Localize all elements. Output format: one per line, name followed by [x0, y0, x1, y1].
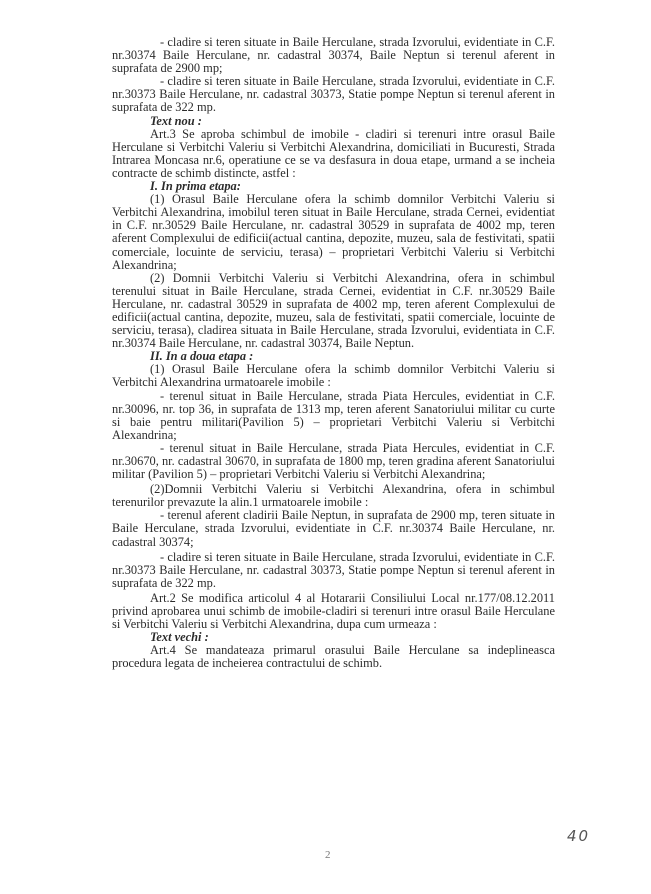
paragraph: (2) Domnii Verbitchi Valeriu si Verbitch… — [112, 272, 555, 351]
document-body: - cladire si teren situate in Baile Herc… — [112, 36, 555, 671]
paragraph: (1) Orasul Baile Herculane ofera la schi… — [112, 363, 555, 389]
paragraph: Art.3 Se aproba schimbul de imobile - cl… — [112, 128, 555, 180]
bullet-paragraph: - terenul situat in Baile Herculane, str… — [112, 390, 555, 442]
bullet-paragraph: - cladire si teren situate in Baile Herc… — [112, 551, 555, 590]
paragraph: Art.4 Se mandateaza primarul orasului Ba… — [112, 644, 555, 670]
page-number: 2 — [325, 849, 331, 861]
bullet-paragraph: - terenul situat in Baile Herculane, str… — [112, 442, 555, 481]
handwritten-page-number: 40 — [567, 827, 590, 845]
paragraph: Art.2 Se modifica articolul 4 al Hotarar… — [112, 592, 555, 631]
section-heading: Text nou : — [112, 115, 555, 128]
bullet-paragraph: - cladire si teren situate in Baile Herc… — [112, 75, 555, 114]
bullet-paragraph: - terenul aferent cladirii Baile Neptun,… — [112, 509, 555, 548]
paragraph: (2)Domnii Verbitchi Valeriu si Verbitchi… — [112, 483, 555, 509]
paragraph: (1) Orasul Baile Herculane ofera la schi… — [112, 193, 555, 272]
bullet-paragraph: - cladire si teren situate in Baile Herc… — [112, 36, 555, 75]
